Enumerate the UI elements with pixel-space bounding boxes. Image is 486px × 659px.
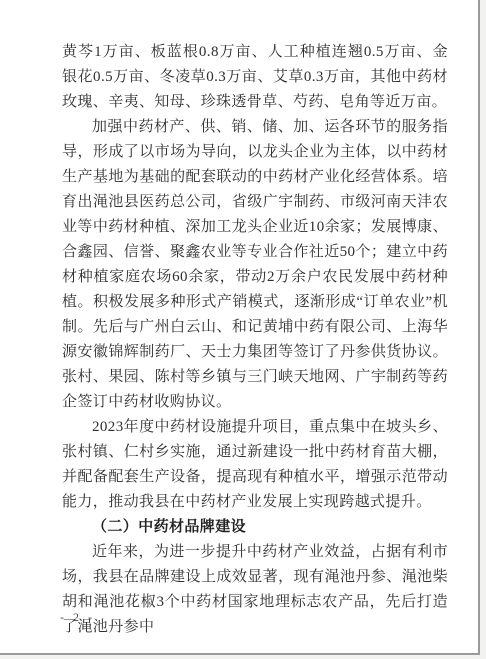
section-heading-brand-building: （二）中药材品牌建设 [62, 515, 448, 540]
paragraph-brand-achievements: 近年来，为进一步提升中药材产业效益，占据有利市场，我县在品牌建设上成效显著，现有… [62, 540, 448, 640]
document-page: 黄芩1万亩、板蓝根0.8万亩、人工种植连翘0.5万亩、金银花0.5万亩、冬凌草0… [0, 0, 478, 653]
paper-right-edge-line [478, 0, 480, 655]
paragraph-acreage-continuation: 黄芩1万亩、板蓝根0.8万亩、人工种植连翘0.5万亩、金银花0.5万亩、冬凌草0… [62, 40, 448, 115]
page-number: - 2 - [60, 610, 95, 625]
scanned-document-canvas: 黄芩1万亩、板蓝根0.8万亩、人工种植连翘0.5万亩、金银花0.5万亩、冬凌草0… [0, 0, 486, 659]
paragraph-2023-facility-project: 2023年度中药材设施提升项目，重点集中在坡头乡、张村镇、仁村乡实施，通过新建设… [62, 415, 448, 515]
paper-bottom-edge-line [0, 653, 480, 655]
document-body: 黄芩1万亩、板蓝根0.8万亩、人工种植连翘0.5万亩、金银花0.5万亩、冬凌草0… [62, 40, 448, 640]
paragraph-industry-system: 加强中药材产、供、销、储、加、运各环节的服务指导，形成了以市场为导向，以龙头企业… [62, 115, 448, 415]
